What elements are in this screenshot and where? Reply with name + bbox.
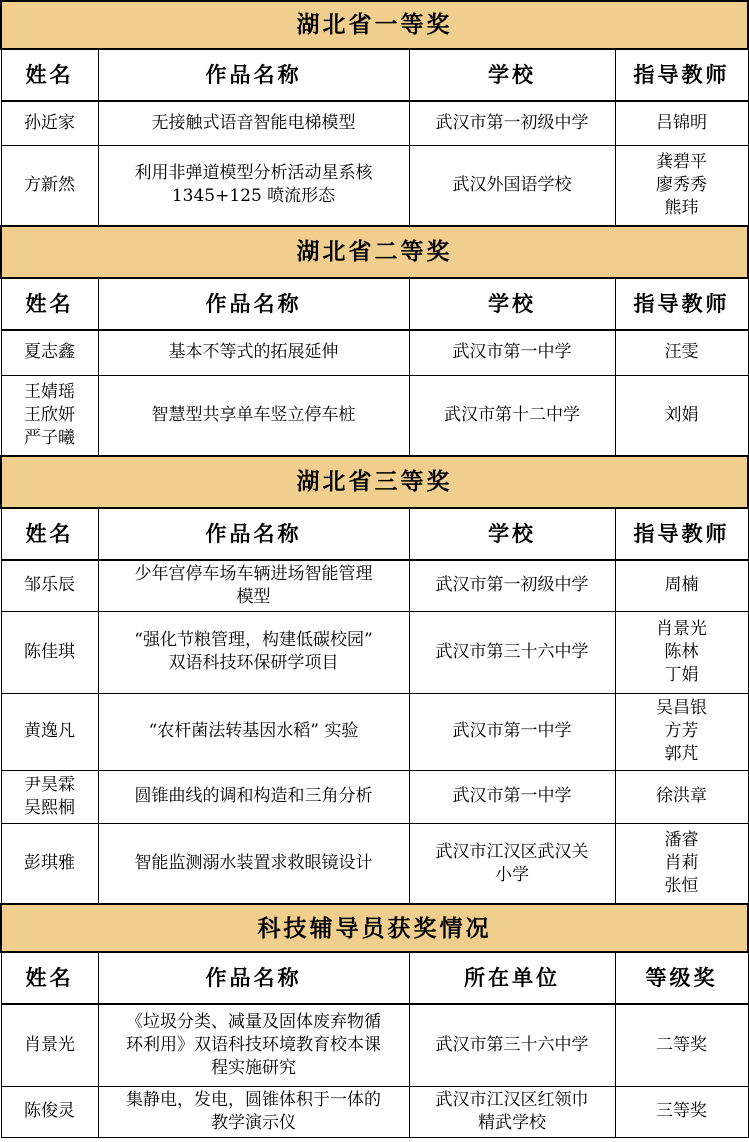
column-header-work: 作品名称 — [98, 278, 409, 330]
cell-name: 陈佳琪 — [1, 611, 98, 693]
cell-name: 肖景光 — [1, 1004, 98, 1086]
section-title: 湖北省三等奖 — [1, 456, 748, 508]
column-header-teacher: 指导教师 — [615, 278, 748, 330]
cell-name: 陈俊灵 — [1, 1086, 98, 1137]
document-page: 湖北省一等奖 姓名 作品名称 学校 指导教师 孙近家 无接触式语音智能电梯模型 … — [0, 0, 749, 1142]
column-header-name: 姓名 — [1, 278, 98, 330]
cell-teacher: 徐洪章 — [615, 770, 748, 823]
table-row: 尹昊霖 吴熙桐 圆锥曲线的调和构造和三角分析 武汉市第一中学 徐洪章 — [1, 770, 748, 823]
section-title: 科技辅导员获奖情况 — [1, 904, 748, 952]
cell-work: 少年宫停车场车辆进场智能管理 模型 — [98, 560, 409, 611]
cell-teacher: 刘娟 — [615, 375, 748, 456]
cell-work: 智慧型共享单车竖立停车桩 — [98, 375, 409, 456]
header-row: 姓名 作品名称 所在单位 等级奖 — [1, 952, 748, 1004]
cell-award: 三等奖 — [615, 1086, 748, 1137]
section-band-row: 湖北省二等奖 — [1, 226, 748, 278]
cell-name: 彭琪雅 — [1, 823, 98, 904]
table-row: 夏志鑫 基本不等式的拓展延伸 武汉市第一中学 汪雯 — [1, 330, 748, 375]
cell-work: 无接触式语音智能电梯模型 — [98, 101, 409, 145]
cell-name: 邹乐辰 — [1, 560, 98, 611]
cell-work: 利用非弹道模型分析活动星系核 1345+125 喷流形态 — [98, 145, 409, 226]
column-header-award: 等级奖 — [615, 952, 748, 1004]
cell-work: 圆锥曲线的调和构造和三角分析 — [98, 770, 409, 823]
column-header-name: 姓名 — [1, 952, 98, 1004]
cell-teacher: 吴昌银 方芳 郭芃 — [615, 693, 748, 770]
cell-work: 智能监测溺水装置求救眼镜设计 — [98, 823, 409, 904]
table-row: 邹乐辰 少年宫停车场车辆进场智能管理 模型 武汉市第一初级中学 周楠 — [1, 560, 748, 611]
cell-unit: 武汉市江汉区红领巾 精武学校 — [409, 1086, 615, 1137]
cell-name: 黄逸凡 — [1, 693, 98, 770]
header-row: 姓名 作品名称 学校 指导教师 — [1, 508, 748, 560]
cell-name: 王婧瑶 王欣妍 严子曦 — [1, 375, 98, 456]
cell-work: “农杆菌法转基因水稻” 实验 — [98, 693, 409, 770]
table-row: 方新然 利用非弹道模型分析活动星系核 1345+125 喷流形态 武汉外国语学校… — [1, 145, 748, 226]
cell-award: 二等奖 — [615, 1004, 748, 1086]
section-band-row: 科技辅导员获奖情况 — [1, 904, 748, 952]
table-row: 彭琪雅 智能监测溺水装置求救眼镜设计 武汉市江汉区武汉关 小学 潘睿 肖莉 张恒 — [1, 823, 748, 904]
cell-teacher: 周楠 — [615, 560, 748, 611]
column-header-unit: 所在单位 — [409, 952, 615, 1004]
awards-table: 湖北省一等奖 姓名 作品名称 学校 指导教师 孙近家 无接触式语音智能电梯模型 … — [0, 0, 749, 1138]
header-row: 姓名 作品名称 学校 指导教师 — [1, 49, 748, 101]
table-row: 孙近家 无接触式语音智能电梯模型 武汉市第一初级中学 吕锦明 — [1, 101, 748, 145]
table-row: 陈俊灵 集静电，发电，圆锥体积于一体的 教学演示仪 武汉市江汉区红领巾 精武学校… — [1, 1086, 748, 1137]
column-header-work: 作品名称 — [98, 49, 409, 101]
table-row: 肖景光 《垃圾分类、减量及固体废弃物循 环利用》双语科技环境教育校本课 程实施研… — [1, 1004, 748, 1086]
column-header-work: 作品名称 — [98, 508, 409, 560]
column-header-school: 学校 — [409, 278, 615, 330]
cell-school: 武汉市第一中学 — [409, 693, 615, 770]
cell-school: 武汉市江汉区武汉关 小学 — [409, 823, 615, 904]
cell-school: 武汉市第一中学 — [409, 770, 615, 823]
cell-teacher: 吕锦明 — [615, 101, 748, 145]
cell-name: 夏志鑫 — [1, 330, 98, 375]
cell-teacher: 潘睿 肖莉 张恒 — [615, 823, 748, 904]
section-title: 湖北省一等奖 — [1, 1, 748, 49]
cell-name: 尹昊霖 吴熙桐 — [1, 770, 98, 823]
cell-school: 武汉市第十二中学 — [409, 375, 615, 456]
cell-unit: 武汉市第三十六中学 — [409, 1004, 615, 1086]
header-row: 姓名 作品名称 学校 指导教师 — [1, 278, 748, 330]
column-header-teacher: 指导教师 — [615, 49, 748, 101]
cell-school: 武汉市第一初级中学 — [409, 560, 615, 611]
table-row: 王婧瑶 王欣妍 严子曦 智慧型共享单车竖立停车桩 武汉市第十二中学 刘娟 — [1, 375, 748, 456]
cell-school: 武汉市第三十六中学 — [409, 611, 615, 693]
column-header-teacher: 指导教师 — [615, 508, 748, 560]
column-header-school: 学校 — [409, 508, 615, 560]
column-header-school: 学校 — [409, 49, 615, 101]
cell-teacher: 肖景光 陈林 丁娟 — [615, 611, 748, 693]
cell-school: 武汉市第一初级中学 — [409, 101, 615, 145]
column-header-name: 姓名 — [1, 508, 98, 560]
cell-teacher: 汪雯 — [615, 330, 748, 375]
table-row: 黄逸凡 “农杆菌法转基因水稻” 实验 武汉市第一中学 吴昌银 方芳 郭芃 — [1, 693, 748, 770]
section-band-row: 湖北省一等奖 — [1, 1, 748, 49]
cell-name: 孙近家 — [1, 101, 98, 145]
cell-work: “强化节粮管理，构建低碳校园” 双语科技环保研学项目 — [98, 611, 409, 693]
cell-teacher: 龚碧平 廖秀秀 熊玮 — [615, 145, 748, 226]
cell-school: 武汉市第一中学 — [409, 330, 615, 375]
column-header-name: 姓名 — [1, 49, 98, 101]
cell-name: 方新然 — [1, 145, 98, 226]
cell-work: 集静电，发电，圆锥体积于一体的 教学演示仪 — [98, 1086, 409, 1137]
cell-work: 基本不等式的拓展延伸 — [98, 330, 409, 375]
cell-school: 武汉外国语学校 — [409, 145, 615, 226]
table-row: 陈佳琪 “强化节粮管理，构建低碳校园” 双语科技环保研学项目 武汉市第三十六中学… — [1, 611, 748, 693]
column-header-work: 作品名称 — [98, 952, 409, 1004]
cell-work: 《垃圾分类、减量及固体废弃物循 环利用》双语科技环境教育校本课 程实施研究 — [98, 1004, 409, 1086]
section-band-row: 湖北省三等奖 — [1, 456, 748, 508]
section-title: 湖北省二等奖 — [1, 226, 748, 278]
